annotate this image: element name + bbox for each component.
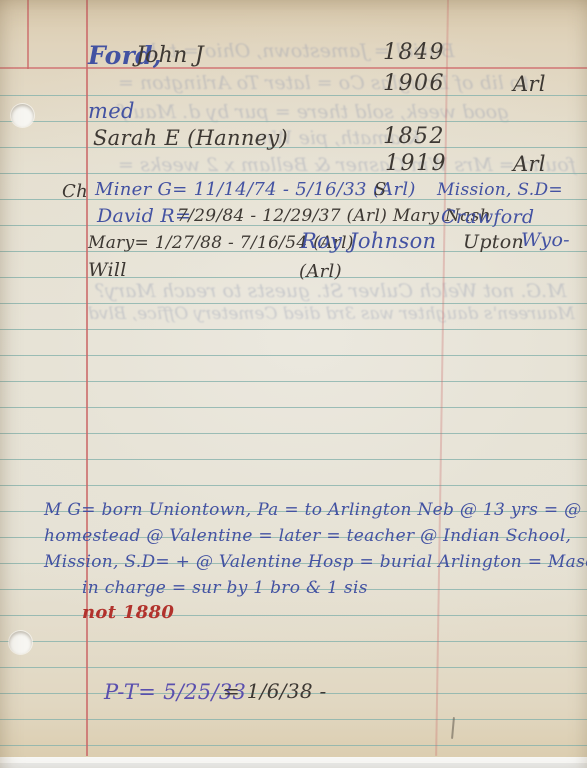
spouse-death-place-text: Arl (513, 154, 546, 175)
birth-year-text: 1849 (383, 42, 445, 64)
child-will-name: Will (88, 261, 127, 280)
bio-note-line-2: homestead @ Valentine = later = teacher … (44, 528, 571, 545)
bio-note-line-3: Mission, S.D= + @ Valentine Hosp = buria… (44, 554, 587, 571)
child-will-note: (Arl) (299, 263, 342, 281)
child-david-spouse-surname: Crawford (441, 208, 534, 227)
child-mary-residence-2: Wyo- (521, 231, 570, 250)
child-mary-spouse: Roy Johnson (301, 231, 436, 252)
children-label: Ch (62, 183, 88, 201)
given-name-text: John J (136, 45, 204, 67)
left-inner-red-line (27, 0, 29, 69)
scanner-edge-strip (0, 757, 587, 768)
child-miner-residence: Mission, S.D= (437, 182, 563, 199)
death-year-text: 1906 (383, 73, 445, 95)
spouse-birth-year-text: 1852 (383, 126, 445, 148)
spouse-name-text: Sarah E (Hanney) (93, 128, 288, 149)
hole-punch-top (11, 104, 34, 127)
married-label: med (88, 101, 135, 122)
child-miner-status: S (374, 181, 387, 199)
probate-dates-black: = 1/6/38 - (223, 681, 327, 701)
child-mary-residence-1: Upton (463, 233, 524, 252)
bio-note-line-4: in charge = sur by 1 bro & 1 sis (82, 580, 368, 597)
death-place-text: Arl (513, 74, 546, 95)
ledger-card-scan: Burial = Jamestown, Ohio = t. b to lib o… (0, 0, 587, 768)
bio-note-line-1: M G= born Uniontown, Pa = to Arlington N… (44, 502, 587, 519)
child-miner-name-dates: Miner G= 11/14/74 - 5/16/33 (Arl) (95, 181, 416, 199)
spouse-death-year-text: 1919 (385, 153, 447, 175)
hole-punch-bottom (9, 631, 32, 654)
red-correction-note: not 1880 (82, 604, 174, 622)
bleedthrough-line: to lib of Douglas Co = later To Arlingto… (118, 74, 529, 93)
